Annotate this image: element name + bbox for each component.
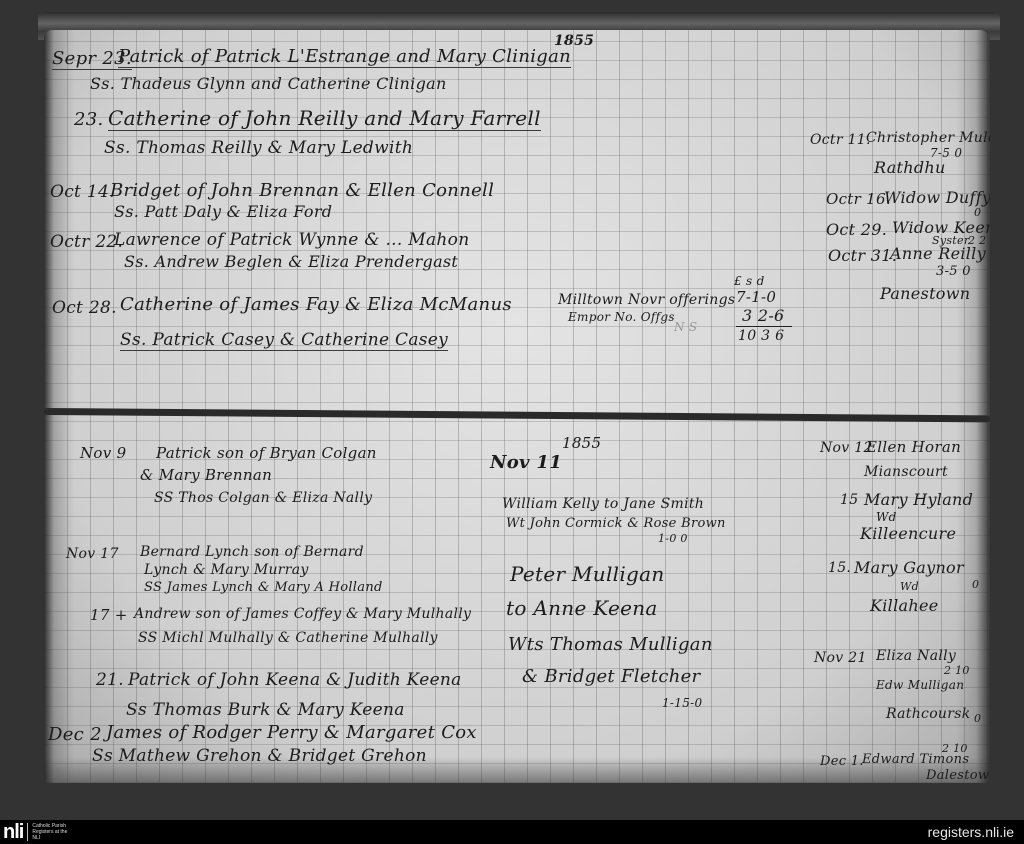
baptism-sponsors: Ss Thomas Burk & Mary Keena	[126, 700, 405, 720]
marriage-date: Nov 11	[490, 452, 562, 473]
baptism-date: 21.	[96, 670, 124, 690]
offerings-total: 10 3 6	[738, 328, 784, 344]
marriage-witnesses: Wts Thomas Mulligan	[508, 634, 713, 655]
marriage-witnesses: Wt John Cormick & Rose Brown	[506, 516, 726, 531]
site-link[interactable]: registers.nli.ie	[928, 824, 1014, 840]
death-amount: 2 10	[944, 664, 970, 677]
baptism-sponsors: Ss Mathew Grehon & Bridget Grehon	[92, 746, 427, 766]
marriage-entry: William Kelly to Jane Smith	[502, 496, 704, 512]
death-name: Widow Duffy	[884, 188, 990, 207]
death-name: Christopher Mulcanny	[866, 130, 990, 146]
baptism-entry: Bridget of John Brennan & Ellen Connell	[110, 180, 494, 201]
death-name: Mary Hyland	[864, 490, 973, 509]
death-place: Rathcoursk	[886, 706, 971, 722]
register-page-scan: 1855 Sepr 23. Patrick of Patrick L'Estra…	[44, 30, 990, 783]
marriage-bride: to Anne Keena	[506, 596, 658, 620]
baptism-sponsors: Ss. Thadeus Glynn and Catherine Clinigan	[90, 74, 447, 93]
death-name: Eliza Nally	[876, 648, 956, 664]
death-date: Nov 21	[814, 650, 867, 666]
baptism-entry: Andrew son of James Coffey & Mary Mulhal…	[134, 606, 471, 622]
baptism-date: 17 +	[90, 606, 128, 624]
marriage-groom: Peter Mulligan	[510, 562, 665, 586]
death-amount: 3-5 0	[936, 264, 971, 279]
death-date: Dec 1.	[820, 754, 864, 769]
death-place: Panestown	[880, 284, 970, 303]
death-place: Killeencure	[860, 524, 956, 543]
baptism-date: Oct 28.	[52, 298, 117, 318]
footer-bar: nli Catholic Parish Registers at the NLI…	[0, 820, 1024, 844]
baptism-sponsors: SS Michl Mulhally & Catherine Mulhally	[138, 630, 438, 646]
death-place: Rathdhu	[874, 158, 946, 177]
death-note: Wd	[876, 510, 897, 524]
register-image-viewer[interactable]: 1855 Sepr 23. Patrick of Patrick L'Estra…	[0, 0, 1024, 820]
marriage-fee: 1-0 0	[658, 532, 688, 545]
marriage-witnesses-2: & Bridget Fletcher	[522, 666, 700, 687]
baptism-date: Octr 22.	[50, 232, 123, 252]
baptism-entry: Catherine of John Reilly and Mary Farrel…	[108, 106, 541, 131]
currency-mark: £ s d	[734, 274, 765, 288]
baptism-sponsors: Ss. Andrew Beglen & Eliza Prendergast	[124, 252, 458, 271]
nli-logo-text: Catholic Parish Registers at the NLI	[32, 823, 72, 841]
baptism-entry-line2: & Mary Brennan	[140, 466, 272, 484]
baptism-entry: Bernard Lynch son of Bernard	[140, 544, 364, 560]
baptism-sponsors: SS Thos Colgan & Eliza Nally	[154, 490, 372, 506]
death-date: Octr 11.	[810, 132, 871, 148]
baptism-entry: Patrick of Patrick L'Estrange and Mary C…	[118, 46, 571, 68]
offerings-amount1: 7-1-0	[736, 288, 776, 306]
death-date: 15	[840, 492, 858, 508]
section-divider-rule	[44, 408, 990, 422]
death-amount: 0	[974, 712, 981, 725]
baptism-date: Dec 2	[48, 724, 102, 745]
death-place: Killahee	[870, 596, 939, 615]
death-name: Edward Timons	[862, 752, 969, 767]
baptism-date: 23.	[74, 109, 104, 130]
baptism-entry: Lawrence of Patrick Wynne & ... Mahon	[114, 230, 469, 250]
logo-separator	[27, 823, 28, 841]
death-date: Oct 29.	[826, 220, 887, 239]
nli-logo-mark: nli	[3, 822, 23, 842]
nli-logo[interactable]: nli Catholic Parish Registers at the NLI	[3, 822, 72, 842]
offerings-line2: Empor No. Offgs	[568, 310, 675, 324]
baptism-entry: Patrick son of Bryan Colgan	[156, 444, 377, 462]
offerings-line1: Milltown Novr offerings	[558, 292, 735, 308]
baptism-date: Nov 17	[66, 546, 119, 562]
death-date: 15.	[828, 560, 851, 576]
faint-stamp: N S	[674, 320, 697, 334]
death-date: Octr 31.	[828, 246, 897, 265]
baptism-sponsors: Ss. Patrick Casey & Catherine Casey	[120, 330, 448, 351]
marriage-fee: 1-15-0	[662, 696, 702, 710]
baptism-entry: Patrick of John Keena & Judith Keena	[128, 670, 462, 690]
death-date: Nov 12	[820, 440, 873, 456]
baptism-sponsors: Ss. Patt Daly & Eliza Ford	[114, 202, 332, 221]
baptism-entry-line2: Lynch & Mary Murray	[144, 562, 309, 578]
baptism-date: Nov 9	[80, 444, 126, 462]
baptism-entry: Catherine of James Fay & Eliza McManus	[120, 294, 512, 315]
death-date: Octr 16.	[826, 190, 891, 208]
death-detail: Edw Mulligan	[876, 678, 964, 692]
death-place: Dalestown	[926, 768, 990, 783]
death-amount: 0	[972, 578, 979, 591]
sum-line	[736, 326, 792, 327]
death-place: Mianscourt	[864, 464, 948, 480]
baptism-sponsors: SS James Lynch & Mary A Holland	[144, 580, 383, 595]
death-name: Ellen Horan	[866, 438, 961, 456]
baptism-entry: James of Rodger Perry & Margaret Cox	[106, 722, 477, 743]
death-name: Anne Reilly	[890, 244, 986, 263]
baptism-sponsors: Ss. Thomas Reilly & Mary Ledwith	[104, 138, 413, 158]
marriage-year: 1855	[562, 434, 601, 452]
death-name: Mary Gaynor	[854, 558, 964, 577]
baptism-date: Oct 14.	[50, 182, 115, 202]
offerings-amount2: 3 2-6	[742, 306, 785, 325]
death-note: Wd	[900, 580, 919, 593]
